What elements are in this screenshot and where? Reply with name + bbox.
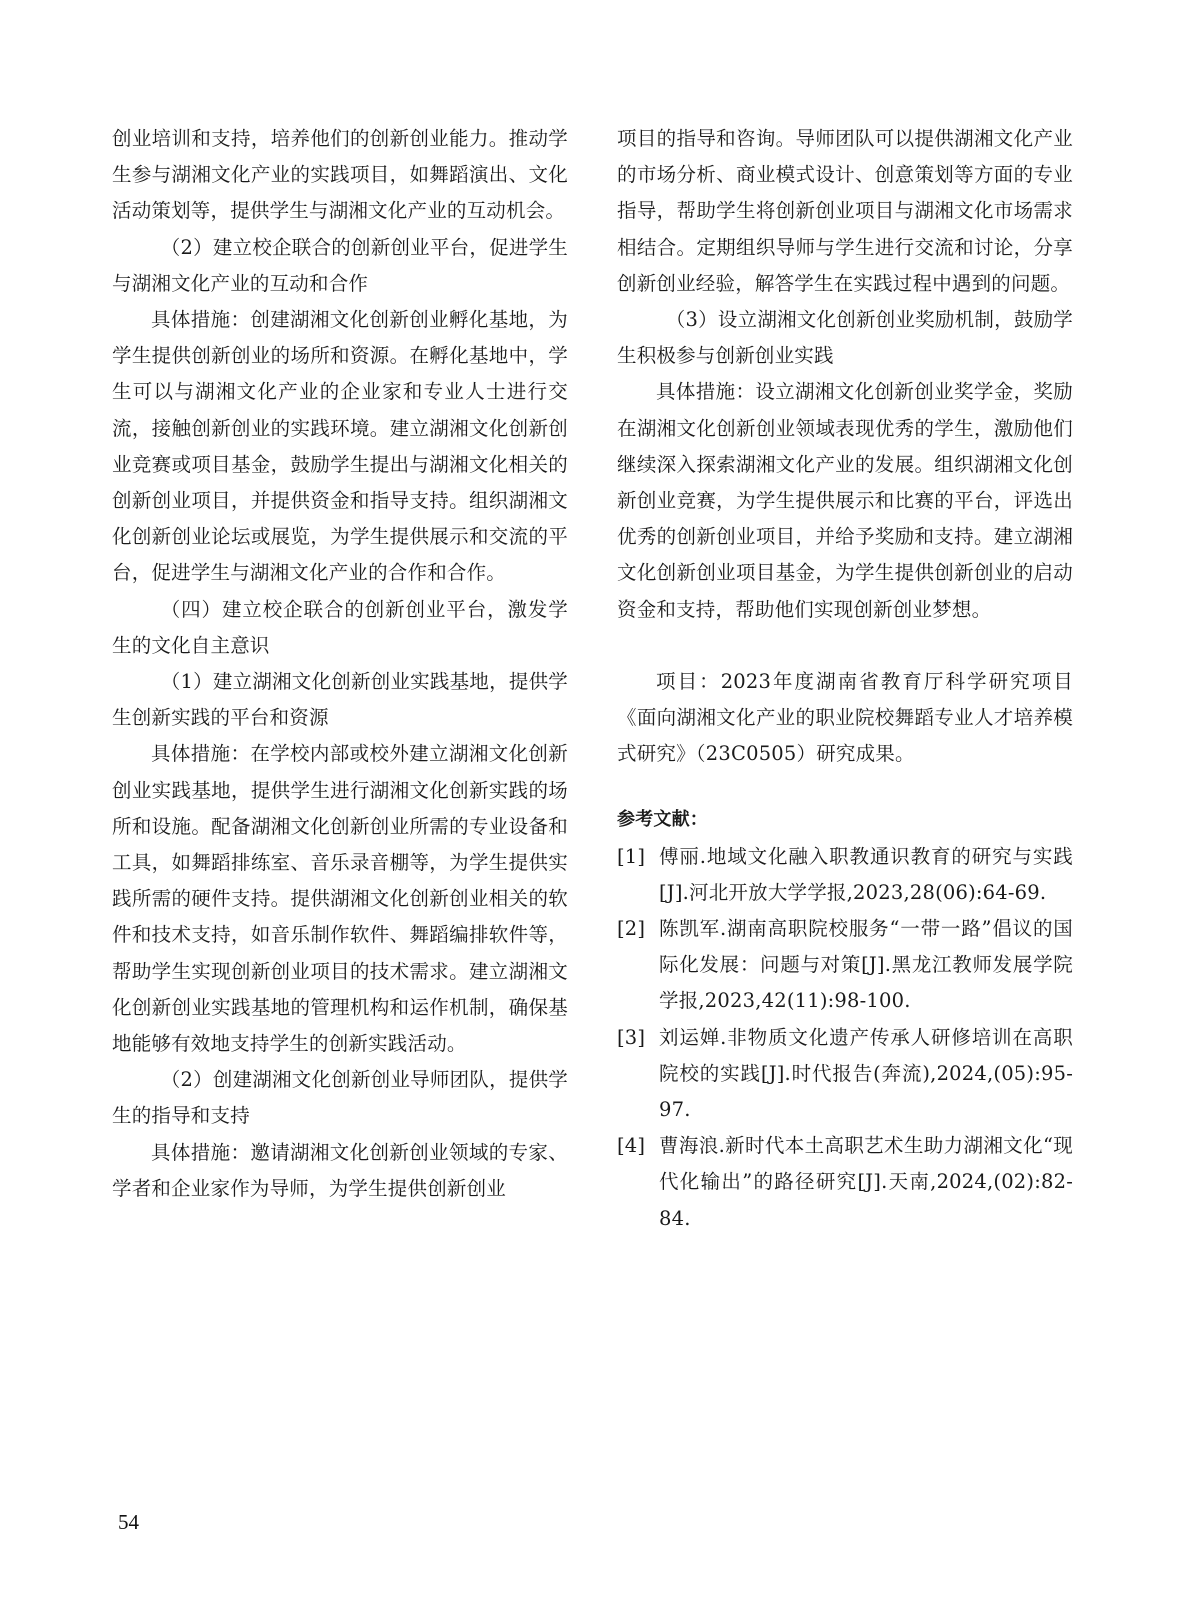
reference-item: [2] 陈凯军.湖南高职院校服务“一带一路”倡议的国际化发展：问题与对策[J].… — [617, 911, 1073, 1020]
reference-text: 陈凯军.湖南高职院校服务“一带一路”倡议的国际化发展：问题与对策[J].黑龙江教… — [659, 911, 1073, 1020]
reference-item: [1] 傅丽.地域文化融入职教通识教育的研究与实践[J].河北开放大学学报,20… — [617, 839, 1073, 911]
left-column: 创业培训和支持，培养他们的创新创业能力。推动学生参与湖湘文化产业的实践项目，如舞… — [112, 121, 568, 1207]
body-paragraph-continued: 项目的指导和咨询。导师团队可以提供湖湘文化产业的市场分析、商业模式设计、创意策划… — [617, 121, 1073, 302]
reference-text: 曹海浪.新时代本土高职艺术生助力湖湘文化“现代化输出”的路径研究[J].天南,2… — [659, 1128, 1073, 1237]
reference-item: [3] 刘运婵.非物质文化遗产传承人研修培训在高职院校的实践[J].时代报告(奔… — [617, 1020, 1073, 1129]
section-heading: （2）建立校企联合的创新创业平台，促进学生与湖湘文化产业的互动和合作 — [112, 230, 568, 302]
page-number: 54 — [118, 1510, 139, 1535]
body-paragraph: 具体措施：创建湖湘文化创新创业孵化基地，为学生提供创新创业的场所和资源。在孵化基… — [112, 302, 568, 592]
section-heading: （3）设立湖湘文化创新创业奖励机制，鼓励学生积极参与创新创业实践 — [617, 302, 1073, 374]
reference-number: [2] — [617, 911, 659, 1020]
funding-note: 项目：2023年度湖南省教育厅科学研究项目《面向湖湘文化产业的职业院校舞蹈专业人… — [617, 664, 1073, 773]
body-paragraph-continued: 创业培训和支持，培养他们的创新创业能力。推动学生参与湖湘文化产业的实践项目，如舞… — [112, 121, 568, 230]
reference-item: [4] 曹海浪.新时代本土高职艺术生助力湖湘文化“现代化输出”的路径研究[J].… — [617, 1128, 1073, 1237]
references-title: 参考文献： — [617, 802, 1073, 838]
spacer — [617, 628, 1073, 664]
body-paragraph: 具体措施：设立湖湘文化创新创业奖学金，奖励在湖湘文化创新创业领域表现优秀的学生，… — [617, 374, 1073, 627]
reference-number: [1] — [617, 839, 659, 911]
section-heading: （四）建立校企联合的创新创业平台，激发学生的文化自主意识 — [112, 592, 568, 664]
section-heading: （1）建立湖湘文化创新创业实践基地，提供学生创新实践的平台和资源 — [112, 664, 568, 736]
spacer — [617, 772, 1073, 802]
references-list: [1] 傅丽.地域文化融入职教通识教育的研究与实践[J].河北开放大学学报,20… — [617, 839, 1073, 1237]
reference-text: 刘运婵.非物质文化遗产传承人研修培训在高职院校的实践[J].时代报告(奔流),2… — [659, 1020, 1073, 1129]
reference-number: [4] — [617, 1128, 659, 1237]
reference-number: [3] — [617, 1020, 659, 1129]
body-paragraph: 具体措施：邀请湖湘文化创新创业领域的专家、学者和企业家作为导师，为学生提供创新创… — [112, 1135, 568, 1207]
body-paragraph: 具体措施：在学校内部或校外建立湖湘文化创新创业实践基地，提供学生进行湖湘文化创新… — [112, 736, 568, 1062]
section-heading: （2）创建湖湘文化创新创业导师团队，提供学生的指导和支持 — [112, 1062, 568, 1134]
right-column: 项目的指导和咨询。导师团队可以提供湖湘文化产业的市场分析、商业模式设计、创意策划… — [617, 121, 1073, 1237]
reference-text: 傅丽.地域文化融入职教通识教育的研究与实践[J].河北开放大学学报,2023,2… — [659, 839, 1073, 911]
